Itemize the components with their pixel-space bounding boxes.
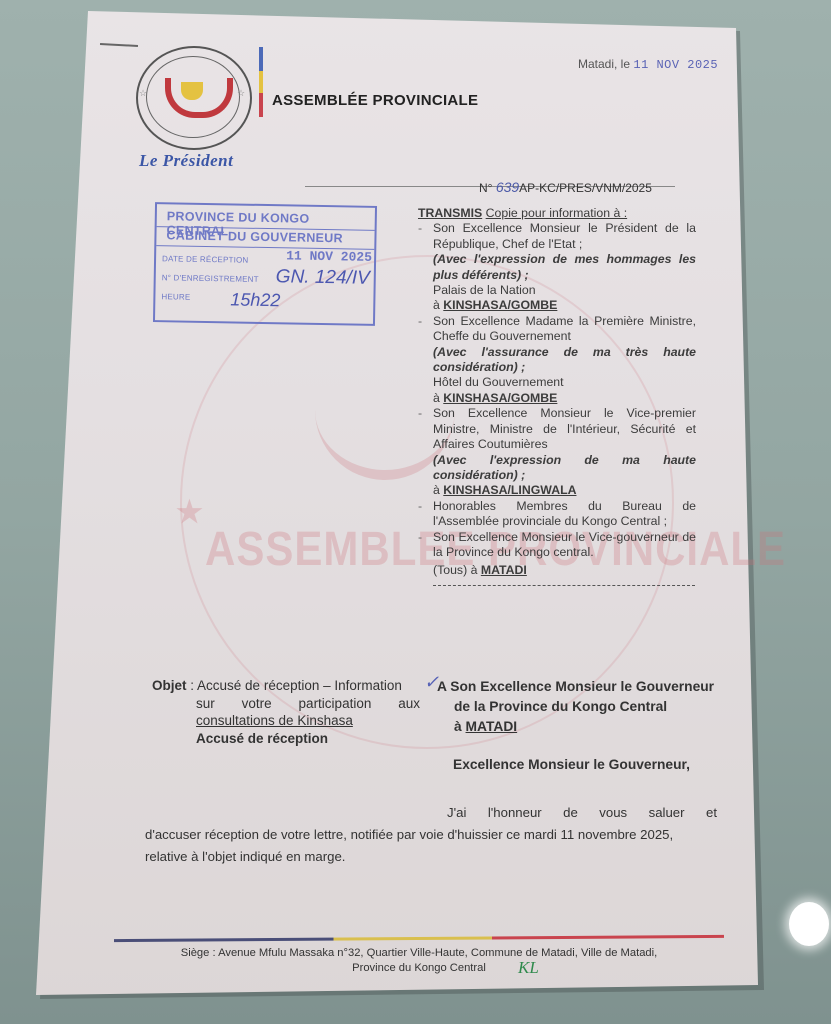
reference-prefix: N° (479, 181, 492, 195)
recipient-city: à KINSHASA/LINGWALA (418, 483, 696, 498)
subject-line-1: Objet : Accusé de réception – Informatio… (152, 677, 420, 695)
recipient-place: Hôtel du Gouvernement (418, 375, 696, 390)
recipient-prime-minister: Son Excellence Madame la Première Minist… (418, 314, 696, 345)
reference-handwritten-number: 639 (496, 179, 519, 195)
stamp-registration-value: GN. 124/IV (276, 266, 370, 290)
recipient-place: Palais de la Nation (418, 283, 696, 298)
flag-color-bar (259, 47, 263, 117)
recipient-city: à KINSHASA/GOMBE (418, 391, 696, 406)
subject-label: Objet (152, 678, 187, 693)
addressee-line-1: A Son Excellence Monsieur le Gouverneur (437, 677, 737, 697)
courtesy-formula: (Avec l'expression de ma haute considéra… (418, 453, 696, 484)
dashed-divider (433, 585, 695, 586)
addressee-line-2: de la Province du Kongo Central (437, 697, 737, 717)
footer-address: Siège : Avenue Mfulu Massaka n°32, Quart… (114, 946, 724, 976)
recipient-vice-governor: Son Excellence Monsieur le Vice-gouverne… (418, 530, 696, 561)
stamp-date-label: DATE DE RÉCEPTION (162, 254, 249, 265)
recipient-interior-minister: Son Excellence Monsieur le Vice-premier … (418, 406, 696, 452)
star-icon: ☆ (237, 88, 245, 99)
footer-line-2: Province du Kongo Central (114, 961, 724, 976)
courtesy-formula: (Avec l'assurance de ma très haute consi… (418, 345, 696, 376)
stamp-time-label: HEURE (161, 292, 190, 302)
camera-flash-reflection (789, 902, 829, 946)
dateline-place: Matadi, le (578, 57, 630, 71)
signatory-title: Le Président (139, 151, 233, 171)
salutation: Excellence Monsieur le Gouverneur, (453, 757, 690, 772)
dateline: Matadi, le 11 NOV 2025 (578, 57, 718, 72)
subject-line-4: Accusé de réception (152, 730, 420, 748)
reception-stamp: PROVINCE DU KONGO CENTRAL CABINET DU GOU… (153, 202, 377, 326)
addressee-city: à MATADI (437, 717, 737, 737)
stamp-cabinet: CABINET DU GOUVERNEUR (166, 228, 343, 245)
stamp-registration-label: N° D'ENREGISTREMENT (162, 273, 259, 284)
letter-body: J'ai l'honneur de vous saluer et d'accus… (145, 802, 717, 868)
organization-name: ASSEMBLÉE PROVINCIALE (272, 92, 478, 109)
star-icon: ☆ (139, 88, 147, 99)
stamp-date-value: 11 NOV 2025 (286, 248, 372, 264)
reference-suffix: AP-KC/PRES/VNM/2025 (519, 181, 652, 195)
subject-line-3: consultations de Kinshasa (152, 712, 420, 730)
courtesy-formula: (Avec l'expression de mes hommages les p… (418, 252, 696, 283)
recipient-city: à KINSHASA/GOMBE (418, 298, 696, 313)
copy-transmission-list: TRANSMIS Copie pour information à : Son … (418, 206, 696, 586)
handwritten-initials: KL (518, 958, 539, 978)
watermark-star-icon: ★ (176, 495, 203, 530)
date-stamp: 11 NOV 2025 (633, 58, 718, 72)
leopard-head-icon (181, 82, 203, 100)
subject-block: Objet : Accusé de réception – Informatio… (152, 677, 420, 747)
body-first-line: J'ai l'honneur de vous saluer et (145, 802, 717, 824)
recipient-president: Son Excellence Monsieur le Président de … (418, 221, 696, 252)
recipient-bureau-members: Honorables Membres du Bureau de l'Assemb… (418, 499, 696, 530)
stamp-time-value: 15h22 (230, 289, 280, 311)
transmission-heading: TRANSMIS Copie pour information à : (418, 206, 696, 221)
addressee-block: A Son Excellence Monsieur le Gouverneur … (437, 677, 737, 737)
body-rest: d'accuser réception de votre lettre, not… (145, 824, 717, 868)
footer-line-1: Siège : Avenue Mfulu Massaka n°32, Quart… (114, 946, 724, 961)
reference-number: N° 639AP-KC/PRES/VNM/2025 (479, 179, 652, 195)
local-city: (Tous) à MATADI (418, 563, 696, 578)
subject-line-2: sur votre participation aux (152, 695, 420, 713)
